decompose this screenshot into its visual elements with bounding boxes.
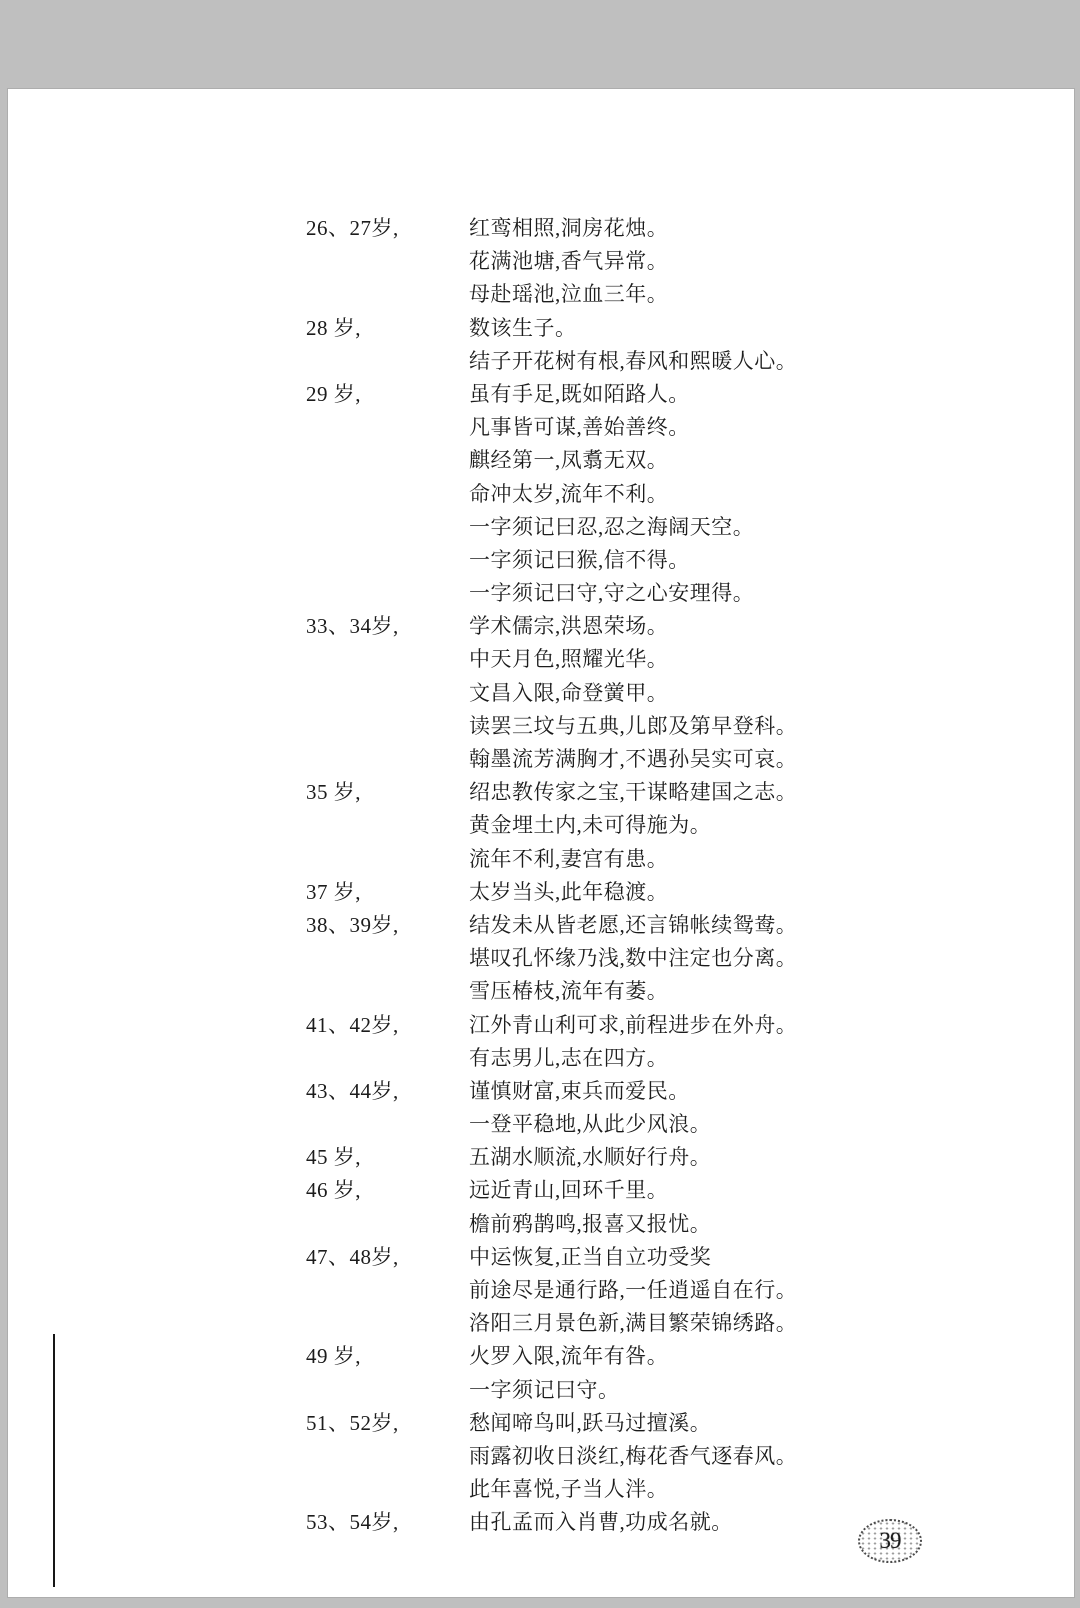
fortune-text: 谨慎财富,束兵而爱民。 bbox=[469, 1075, 1074, 1108]
fortune-text: 流年不利,妻宫有患。 bbox=[469, 843, 1074, 876]
age-label: 43、44岁, bbox=[306, 1075, 469, 1108]
entry-row: 38、39岁,结发未从皆老愿,还言锦帐续鸳鸯。 bbox=[306, 909, 1074, 942]
page-number: 39 bbox=[880, 1528, 901, 1554]
age-label: 49 岁, bbox=[306, 1340, 469, 1373]
entry-row: 有志男儿,志在四方。 bbox=[306, 1042, 1074, 1075]
fortune-text: 花满池塘,香气异常。 bbox=[469, 245, 1074, 278]
entry-row: 28 岁,数该生子。 bbox=[306, 312, 1074, 345]
entry-row: 雪压椿枝,流年有萎。 bbox=[306, 975, 1074, 1008]
fortune-text: 麒经第一,凤翥无双。 bbox=[469, 444, 1074, 477]
age-label: 46 岁, bbox=[306, 1174, 469, 1207]
age-label: 45 岁, bbox=[306, 1141, 469, 1174]
entry-row: 檐前鸦鹊鸣,报喜又报忧。 bbox=[306, 1208, 1074, 1241]
entry-row: 51、52岁,愁闻啼鸟叫,跃马过擅溪。 bbox=[306, 1407, 1074, 1440]
fortune-text: 雨露初收日淡红,梅花香气逐春风。 bbox=[469, 1440, 1074, 1473]
entry-row: 此年喜悦,子当人泮。 bbox=[306, 1473, 1074, 1506]
fortune-text: 虽有手足,既如陌路人。 bbox=[469, 378, 1074, 411]
age-label: 41、42岁, bbox=[306, 1009, 469, 1042]
fortune-text: 学术儒宗,洪恩荣场。 bbox=[469, 610, 1074, 643]
entry-row: 结子开花树有根,春风和熙暖人心。 bbox=[306, 345, 1074, 378]
entry-row: 33、34岁,学术儒宗,洪恩荣场。 bbox=[306, 610, 1074, 643]
fortune-text: 前途尽是通行路,一任逍遥自在行。 bbox=[469, 1274, 1074, 1307]
fortune-text: 中运恢复,正当自立功受奖 bbox=[469, 1241, 1074, 1274]
fortune-text: 此年喜悦,子当人泮。 bbox=[469, 1473, 1074, 1506]
fortune-list: 26、27岁,红鸾相照,洞房花烛。 花满池塘,香气异常。 母赴瑶池,泣血三年。 … bbox=[8, 89, 1074, 1540]
age-label: 26、27岁, bbox=[306, 212, 469, 245]
fortune-text: 中天月色,照耀光华。 bbox=[469, 643, 1074, 676]
fortune-text: 翰墨流芳满胸才,不遇孙吴实可哀。 bbox=[469, 743, 1074, 776]
entry-row: 一字须记曰忍,忍之海阔天空。 bbox=[306, 511, 1074, 544]
fortune-text: 雪压椿枝,流年有萎。 bbox=[469, 975, 1074, 1008]
entry-row: 母赴瑶池,泣血三年。 bbox=[306, 278, 1074, 311]
entry-row: 41、42岁,江外青山利可求,前程进步在外舟。 bbox=[306, 1009, 1074, 1042]
fortune-text: 远近青山,回环千里。 bbox=[469, 1174, 1074, 1207]
fortune-text: 太岁当头,此年稳渡。 bbox=[469, 876, 1074, 909]
age-label: 35 岁, bbox=[306, 776, 469, 809]
book-page: 26、27岁,红鸾相照,洞房花烛。 花满池塘,香气异常。 母赴瑶池,泣血三年。 … bbox=[7, 88, 1075, 1598]
fortune-text: 一字须记曰守。 bbox=[469, 1374, 1074, 1407]
fortune-text: 堪叹孔怀缘乃浅,数中注定也分离。 bbox=[469, 942, 1074, 975]
entry-row: 凡事皆可谋,善始善终。 bbox=[306, 411, 1074, 444]
fortune-text: 檐前鸦鹊鸣,报喜又报忧。 bbox=[469, 1208, 1074, 1241]
entry-row: 堪叹孔怀缘乃浅,数中注定也分离。 bbox=[306, 942, 1074, 975]
fortune-text: 母赴瑶池,泣血三年。 bbox=[469, 278, 1074, 311]
fortune-text: 一登平稳地,从此少风浪。 bbox=[469, 1108, 1074, 1141]
entry-row: 43、44岁,谨慎财富,束兵而爱民。 bbox=[306, 1075, 1074, 1108]
entry-row: 49 岁,火罗入限,流年有咎。 bbox=[306, 1340, 1074, 1373]
fortune-text: 一字须记曰忍,忍之海阔天空。 bbox=[469, 511, 1074, 544]
fortune-text: 读罢三坟与五典,儿郎及第早登科。 bbox=[469, 710, 1074, 743]
entry-row: 花满池塘,香气异常。 bbox=[306, 245, 1074, 278]
age-label: 53、54岁, bbox=[306, 1506, 469, 1539]
fortune-text: 愁闻啼鸟叫,跃马过擅溪。 bbox=[469, 1407, 1074, 1440]
entry-row: 中天月色,照耀光华。 bbox=[306, 643, 1074, 676]
fortune-text: 结子开花树有根,春风和熙暖人心。 bbox=[469, 345, 1074, 378]
age-label: 29 岁, bbox=[306, 378, 469, 411]
entry-row: 命冲太岁,流年不利。 bbox=[306, 478, 1074, 511]
age-label: 37 岁, bbox=[306, 876, 469, 909]
entry-row: 读罢三坟与五典,儿郎及第早登科。 bbox=[306, 710, 1074, 743]
age-label: 38、39岁, bbox=[306, 909, 469, 942]
age-label: 28 岁, bbox=[306, 312, 469, 345]
fortune-text: 由孔孟而入肖曹,功成名就。 bbox=[469, 1506, 1074, 1539]
fortune-text: 江外青山利可求,前程进步在外舟。 bbox=[469, 1009, 1074, 1042]
age-label: 51、52岁, bbox=[306, 1407, 469, 1440]
entry-row: 麒经第一,凤翥无双。 bbox=[306, 444, 1074, 477]
fortune-text: 一字须记曰猴,信不得。 bbox=[469, 544, 1074, 577]
entry-row: 46 岁,远近青山,回环千里。 bbox=[306, 1174, 1074, 1207]
entry-row: 前途尽是通行路,一任逍遥自在行。 bbox=[306, 1274, 1074, 1307]
entry-row: 雨露初收日淡红,梅花香气逐春风。 bbox=[306, 1440, 1074, 1473]
fortune-text: 五湖水顺流,水顺好行舟。 bbox=[469, 1141, 1074, 1174]
entry-row: 一字须记曰守,守之心安理得。 bbox=[306, 577, 1074, 610]
entry-row: 一字须记曰猴,信不得。 bbox=[306, 544, 1074, 577]
fortune-text: 数该生子。 bbox=[469, 312, 1074, 345]
fortune-text: 有志男儿,志在四方。 bbox=[469, 1042, 1074, 1075]
entry-row: 29 岁,虽有手足,既如陌路人。 bbox=[306, 378, 1074, 411]
entry-row: 洛阳三月景色新,满目繁荣锦绣路。 bbox=[306, 1307, 1074, 1340]
entry-row: 翰墨流芳满胸才,不遇孙吴实可哀。 bbox=[306, 743, 1074, 776]
age-label: 33、34岁, bbox=[306, 610, 469, 643]
entry-row: 流年不利,妻宫有患。 bbox=[306, 843, 1074, 876]
fortune-text: 凡事皆可谋,善始善终。 bbox=[469, 411, 1074, 444]
fortune-text: 洛阳三月景色新,满目繁荣锦绣路。 bbox=[469, 1307, 1074, 1340]
entry-row: 47、48岁,中运恢复,正当自立功受奖 bbox=[306, 1241, 1074, 1274]
entry-row: 文昌入限,命登黉甲。 bbox=[306, 677, 1074, 710]
screenshot-root: { "frame": { "background": "#bfbfbf", "p… bbox=[0, 0, 1080, 1608]
fortune-text: 黄金埋土内,未可得施为。 bbox=[469, 809, 1074, 842]
fortune-text: 红鸾相照,洞房花烛。 bbox=[469, 212, 1074, 245]
entry-row: 53、54岁,由孔孟而入肖曹,功成名就。 bbox=[306, 1506, 1074, 1539]
entry-row: 26、27岁,红鸾相照,洞房花烛。 bbox=[306, 212, 1074, 245]
age-label: 47、48岁, bbox=[306, 1241, 469, 1274]
entry-row: 37 岁,太岁当头,此年稳渡。 bbox=[306, 876, 1074, 909]
fortune-text: 绍忠教传家之宝,干谋略建国之志。 bbox=[469, 776, 1074, 809]
fortune-text: 文昌入限,命登黉甲。 bbox=[469, 677, 1074, 710]
entry-row: 45 岁,五湖水顺流,水顺好行舟。 bbox=[306, 1141, 1074, 1174]
entry-row: 一字须记曰守。 bbox=[306, 1374, 1074, 1407]
fortune-text: 一字须记曰守,守之心安理得。 bbox=[469, 577, 1074, 610]
fortune-text: 命冲太岁,流年不利。 bbox=[469, 478, 1074, 511]
entry-row: 35 岁,绍忠教传家之宝,干谋略建国之志。 bbox=[306, 776, 1074, 809]
entry-row: 一登平稳地,从此少风浪。 bbox=[306, 1108, 1074, 1141]
fortune-text: 结发未从皆老愿,还言锦帐续鸳鸯。 bbox=[469, 909, 1074, 942]
page-number-badge: 39 bbox=[858, 1519, 922, 1563]
fortune-text: 火罗入限,流年有咎。 bbox=[469, 1340, 1074, 1373]
left-margin-rule bbox=[53, 1334, 55, 1587]
entry-row: 黄金埋土内,未可得施为。 bbox=[306, 809, 1074, 842]
